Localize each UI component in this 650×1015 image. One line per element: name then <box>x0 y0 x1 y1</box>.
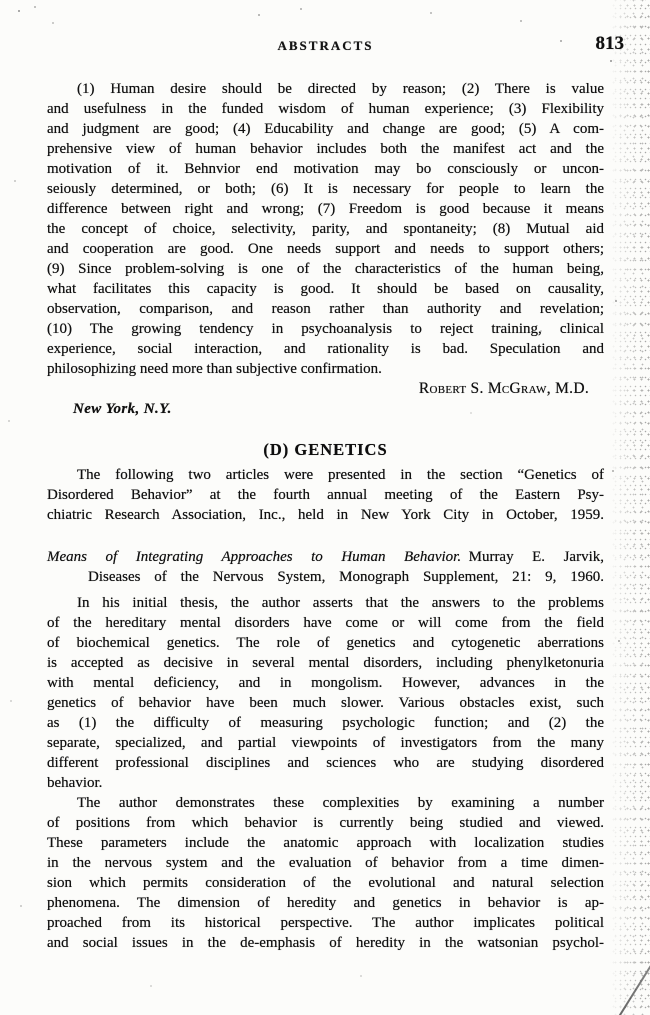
article-text-line: separate, specialized, and partial viewp… <box>47 733 604 753</box>
article-text-line: The author demonstrates these complexiti… <box>47 793 604 813</box>
article-text-line: behavior. <box>47 773 604 793</box>
abstract-text-line: experience, social interaction, and rati… <box>47 339 604 359</box>
article-paragraph-2: The author demonstrates these complexiti… <box>47 793 604 953</box>
abstract-text-line: prehensive view of human behavior includ… <box>47 139 604 159</box>
abstract-text-line: and cooperation are good. One needs supp… <box>47 239 604 259</box>
section-intro-paragraph: The following two articles were presente… <box>47 465 604 525</box>
article-text-line: and social issues in the de-emphasis of … <box>47 933 604 953</box>
author-signature: Robert S. McGraw, M.D. <box>47 379 604 399</box>
article-text-line: different professional disciplines and s… <box>47 753 604 773</box>
scanned-journal-page: ABSTRACTS 813 (1) Human desire should be… <box>0 0 650 1015</box>
article-text-line: phenomena. The dimension of heredity and… <box>47 893 604 913</box>
text-column: (1) Human desire should be directed by r… <box>47 79 604 953</box>
article-text-line: with mental deficiency, and in mongolism… <box>47 673 604 693</box>
abstract-text-line: difference between right and wrong; (7) … <box>47 199 604 219</box>
intro-text-line: The following two articles were presente… <box>47 465 604 485</box>
scan-noise-right-edge <box>610 0 650 1015</box>
article-citation: Means of Integrating Approaches to Human… <box>47 547 604 587</box>
author-location: New York, N.Y. <box>47 399 604 419</box>
abstract-body-paragraph: (1) Human desire should be directed by r… <box>47 79 604 379</box>
article-text-line: These parameters include the anatomic ap… <box>47 833 604 853</box>
abstract-text-line: what facilitates this capacity is good. … <box>47 279 604 299</box>
article-text-line: sion which permits consideration of the … <box>47 873 604 893</box>
citation-line-2: Diseases of the Nervous System, Monograp… <box>47 567 604 587</box>
abstract-text-line: (9) Since problem-solving is one of the … <box>47 259 604 279</box>
article-text-line: In his initial thesis, the author assert… <box>47 593 604 613</box>
abstract-text-line: philosophizing need more than subjective… <box>47 359 604 379</box>
citation-author: Murray E. Jarvik, <box>461 549 604 565</box>
page-header: ABSTRACTS 813 <box>47 0 604 58</box>
article-text-line: of positions from which behavior is curr… <box>47 813 604 833</box>
running-title: ABSTRACTS <box>47 38 604 54</box>
scan-speckles <box>0 0 2 2</box>
abstract-text-line: observation, comparison, and reason rath… <box>47 299 604 319</box>
article-text-line: as (1) the difficulty of measuring psych… <box>47 713 604 733</box>
citation-title: Means of Integrating Approaches to Human… <box>47 549 461 565</box>
intro-text-line: chiatric Research Association, Inc., hel… <box>47 505 604 525</box>
intro-text-line: Disordered Behavior” at the fourth annua… <box>47 485 604 505</box>
section-heading-genetics: (D) GENETICS <box>47 440 604 460</box>
article-text-line: of the hereditary mental disorders have … <box>47 613 604 633</box>
article-text-line: in the nervous system and the evaluation… <box>47 853 604 873</box>
article-text-line: of biochemical genetics. The role of gen… <box>47 633 604 653</box>
article-text-line: proached from its historical perspective… <box>47 913 604 933</box>
abstract-text-line: motivation of it. Behnvior end motivatio… <box>47 159 604 179</box>
abstract-text-line: and judgment are good; (4) Educability a… <box>47 119 604 139</box>
abstract-text-line: and usefulness in the funded wisdom of h… <box>47 99 604 119</box>
abstract-text-line: (10) The growing tendency in psychoanaly… <box>47 319 604 339</box>
article-text-line: genetics of behavior have been much slow… <box>47 693 604 713</box>
abstract-text-line: seiously determined, or both; (6) It is … <box>47 179 604 199</box>
article-paragraph-1: In his initial thesis, the author assert… <box>47 593 604 793</box>
abstract-text-line: (1) Human desire should be directed by r… <box>47 79 604 99</box>
article-text-line: is accepted as decisive in several menta… <box>47 653 604 673</box>
abstract-text-line: the concept of choice, selectivity, pari… <box>47 219 604 239</box>
citation-line-1: Means of Integrating Approaches to Human… <box>47 547 604 567</box>
